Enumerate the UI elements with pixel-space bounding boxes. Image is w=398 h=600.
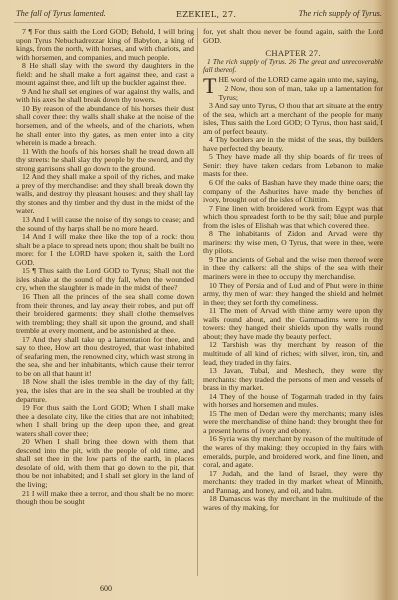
verse-text: For thus saith the Lord GOD; Behold, I w… — [16, 27, 194, 62]
verse: 15 ¶ Thus saith the Lord GOD to Tyrus; S… — [16, 267, 194, 293]
column-divider — [197, 28, 198, 576]
verse-text: The ancients of Gebal and the wise men t… — [203, 255, 383, 281]
verse: 18 Damascus was thy merchant in the mult… — [203, 495, 383, 512]
verse: 11 The men of Arvad with thine army were… — [203, 307, 383, 341]
verse: 2 Now, thou son of man, take up a lament… — [203, 85, 383, 102]
verse: 14 And I will make thee like the top of … — [16, 233, 194, 267]
continuation-text: for, yet shalt thou never be found again… — [203, 28, 383, 45]
verse-text: And say unto Tyrus, O thou that art situ… — [203, 101, 383, 136]
verse-text: And he shall set engines of war against … — [16, 87, 194, 105]
verse: 12 Tarshish was thy merchant by reason o… — [203, 341, 383, 367]
verse-text: And I will make thee like the top of a r… — [16, 232, 194, 267]
verse: 16 Then all the princes of the sea shall… — [16, 293, 194, 336]
verse-text: The inhabitants of Zidon and Arvad were … — [203, 229, 383, 255]
verse-text: Now shall the isles tremble in the day o… — [16, 377, 194, 403]
verse-text: Thy borders are in the midst of the seas… — [203, 135, 383, 153]
verse-text: For thus saith the Lord GOD; When I shal… — [16, 403, 194, 438]
verse: 5 They have made all thy ship boards of … — [203, 153, 383, 179]
verse: 11 With the hoofs of his horses shall he… — [16, 148, 194, 174]
left-column: 7 ¶ For thus saith the Lord GOD; Behold,… — [16, 28, 194, 507]
verse: 14 They of the house of Togarmah traded … — [203, 393, 383, 410]
verse-text: I will make thee a terror, and thou shal… — [16, 489, 194, 507]
verse-text: When I shall bring thee down with them t… — [16, 437, 194, 489]
verse: 7 ¶ For thus saith the Lord GOD; Behold,… — [16, 28, 194, 62]
verse-text: Javan, Tubal, and Meshech, they were thy… — [203, 366, 383, 392]
verse: 4 Thy borders are in the midst of the se… — [203, 136, 383, 153]
verse-text: With the hoofs of his horses shall he tr… — [16, 147, 194, 173]
verse-text: And I will cause the noise of thy songs … — [16, 215, 194, 233]
chapter-summary: 1 The rich supply of Tyrus. 26 The great… — [203, 59, 383, 75]
right-column: for, yet shalt thou never be found again… — [203, 28, 383, 512]
right-verses: 2 Now, thou son of man, take up a lament… — [203, 85, 383, 512]
verse-text: They of Persia and of Lud and of Phut we… — [203, 281, 383, 307]
running-header: The fall of Tyrus lamented. EZEKIEL, 27.… — [16, 9, 382, 23]
header-left-title: The fall of Tyrus lamented. — [16, 9, 106, 18]
verse: 21 I will make thee a terror, and thou s… — [16, 490, 194, 507]
verse-text: The men of Arvad with thine army were up… — [203, 306, 383, 341]
verse: 15 The men of Dedan were thy merchants; … — [203, 410, 383, 436]
verse-text: Judah, and the land of Israel, they were… — [203, 469, 383, 495]
verse-text: They of the house of Togarmah traded in … — [203, 392, 383, 410]
verse: 3 And say unto Tyrus, O thou that art si… — [203, 102, 383, 136]
verse-text: He shall slay with the sword thy daughte… — [16, 61, 194, 87]
header-rule — [14, 22, 382, 23]
verse: 18 Now shall the isles tremble in the da… — [16, 378, 194, 404]
verse-text: Tarshish was thy merchant by reason of t… — [203, 340, 383, 366]
verse-text: By reason of the abundance of his horses… — [16, 104, 194, 147]
verse: 10 By reason of the abundance of his hor… — [16, 105, 194, 148]
verse: 8 The inhabitants of Zidon and Arvad wer… — [203, 230, 383, 256]
verse: 9 And he shall set engines of war agains… — [16, 88, 194, 105]
verse-text: Fine linen with broidered work from Egyp… — [203, 204, 383, 230]
verse-text: And they shall make a spoil of thy riche… — [16, 172, 194, 215]
verse: 19 For thus saith the Lord GOD; When I s… — [16, 404, 194, 438]
verse: 16 Syria was thy merchant by reason of t… — [203, 435, 383, 469]
verse-text: Damascus was thy merchant in the multitu… — [203, 494, 383, 512]
verse: 13 Javan, Tubal, and Meshech, they were … — [203, 367, 383, 393]
verse-text: Now, thou son of man, take up a lamentat… — [218, 84, 383, 102]
verse: 20 When I shall bring thee down with the… — [16, 438, 194, 489]
verse-text: Of the oaks of Bashan have they made thi… — [203, 178, 383, 204]
page-number: 600 — [100, 584, 112, 593]
verse-text: And they shall take up a lamentation for… — [16, 335, 194, 378]
verse: 17 And they shall take up a lamentation … — [16, 336, 194, 379]
verse: 10 They of Persia and of Lud and of Phut… — [203, 282, 383, 308]
verse-text: The men of Dedan were thy merchants; man… — [203, 409, 383, 435]
header-book-chapter: EZEKIEL, 27. — [176, 9, 236, 19]
chapter-title: CHAPTER 27. — [203, 49, 383, 58]
verse: 12 And they shall make a spoil of thy ri… — [16, 173, 194, 216]
verse: 8 He shall slay with the sword thy daugh… — [16, 62, 194, 88]
verse-text: Syria was thy merchant by reason of the … — [203, 434, 383, 469]
verse: 7 Fine linen with broidered work from Eg… — [203, 205, 383, 231]
verse-text: Then all the princes of the sea shall co… — [16, 292, 194, 335]
header-right-title: The rich supply of Tyrus. — [299, 9, 382, 18]
verse: 13 And I will cause the noise of thy son… — [16, 216, 194, 233]
verse: 6 Of the oaks of Bashan have they made t… — [203, 179, 383, 205]
verse: 9 The ancients of Gebal and the wise men… — [203, 256, 383, 282]
verse-text: They have made all thy ship boards of fi… — [203, 152, 383, 178]
verse-text: Thus saith the Lord GOD to Tyrus; Shall … — [16, 266, 194, 292]
drop-cap: T — [203, 77, 216, 95]
verse: 17 Judah, and the land of Israel, they w… — [203, 470, 383, 496]
